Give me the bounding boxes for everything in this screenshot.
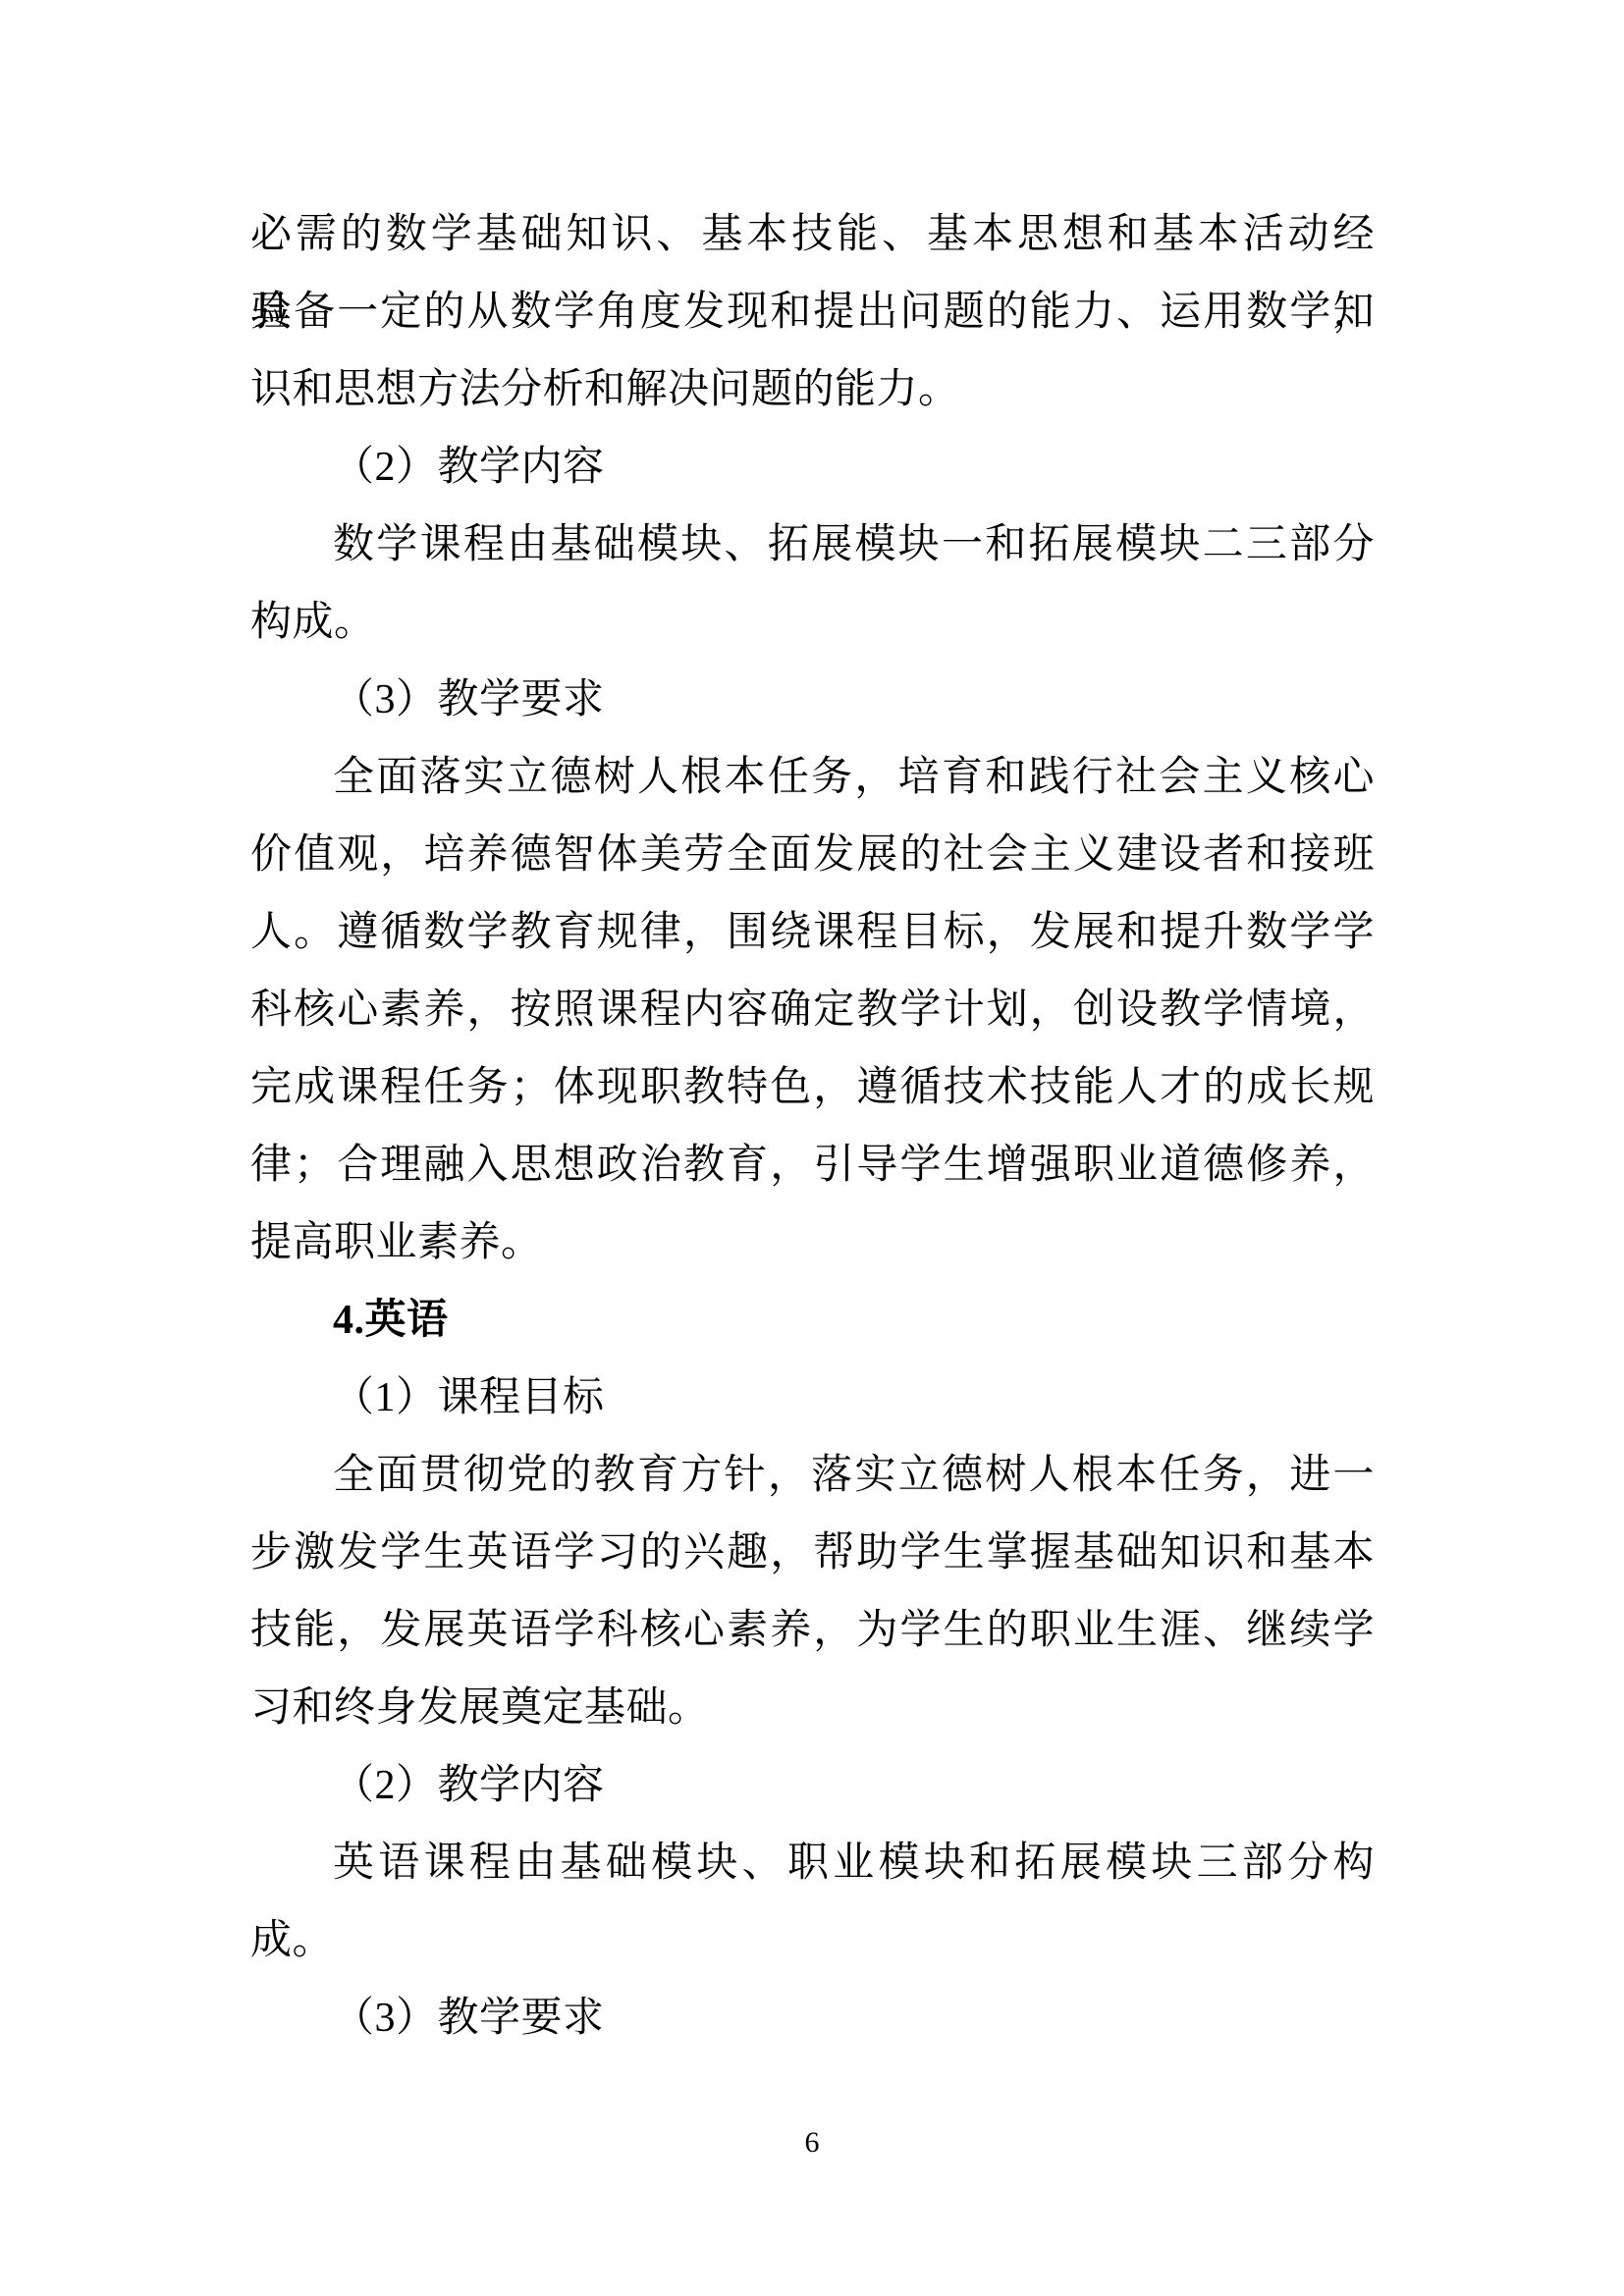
paragraph-line: 提高职业素养。 (250, 1204, 1375, 1282)
subsection-heading-math-content: （2）教学内容 (250, 429, 1375, 507)
paragraph-line: 构成。 (250, 584, 1375, 662)
subsection-heading-math-requirements: （3）教学要求 (250, 662, 1375, 739)
paragraph-line: 具备一定的从数学角度发现和提出问题的能力、运用数学知 (250, 274, 1375, 351)
paragraph-line: 英语课程由基础模块、职业模块和拓展模块三部分构 (250, 1825, 1375, 1902)
paragraph-line: 价值观，培养德智体美劳全面发展的社会主义建设者和接班 (250, 817, 1375, 894)
paragraph-line: 人。遵循数学教育规律，围绕课程目标，发展和提升数学学 (250, 894, 1375, 972)
paragraph-line: 必需的数学基础知识、基本技能、基本思想和基本活动经验， (250, 196, 1375, 274)
paragraph-line: 全面贯彻党的教育方针，落实立德树人根本任务，进一 (250, 1437, 1375, 1515)
paragraph-line: 步激发学生英语学习的兴趣，帮助学生掌握基础知识和基本 (250, 1515, 1375, 1592)
paragraph-line: 科核心素养，按照课程内容确定教学计划，创设教学情境， (250, 972, 1375, 1049)
paragraph-line: 全面落实立德树人根本任务，培育和践行社会主义核心 (250, 739, 1375, 817)
document-page: 必需的数学基础知识、基本技能、基本思想和基本活动经验， 具备一定的从数学角度发现… (0, 0, 1624, 2296)
paragraph-line: 习和终身发展奠定基础。 (250, 1670, 1375, 1747)
subsection-heading-english-goals: （1）课程目标 (250, 1360, 1375, 1437)
paragraph-line: 数学课程由基础模块、拓展模块一和拓展模块二三部分 (250, 507, 1375, 584)
paragraph-line: 技能，发展英语学科核心素养，为学生的职业生涯、继续学 (250, 1592, 1375, 1670)
subsection-heading-english-requirements: （3）教学要求 (250, 1980, 1375, 2057)
subsection-heading-english-content: （2）教学内容 (250, 1747, 1375, 1825)
section-heading-english: 4.英语 (250, 1282, 1375, 1360)
paragraph-line: 完成课程任务；体现职教特色，遵循技术技能人才的成长规 (250, 1049, 1375, 1127)
paragraph-line: 成。 (250, 1902, 1375, 1980)
paragraph-line: 识和思想方法分析和解决问题的能力。 (250, 351, 1375, 429)
page-number: 6 (0, 2123, 1624, 2163)
paragraph-line: 律；合理融入思想政治教育，引导学生增强职业道德修养， (250, 1127, 1375, 1204)
text-body: 必需的数学基础知识、基本技能、基本思想和基本活动经验， 具备一定的从数学角度发现… (250, 196, 1375, 2057)
